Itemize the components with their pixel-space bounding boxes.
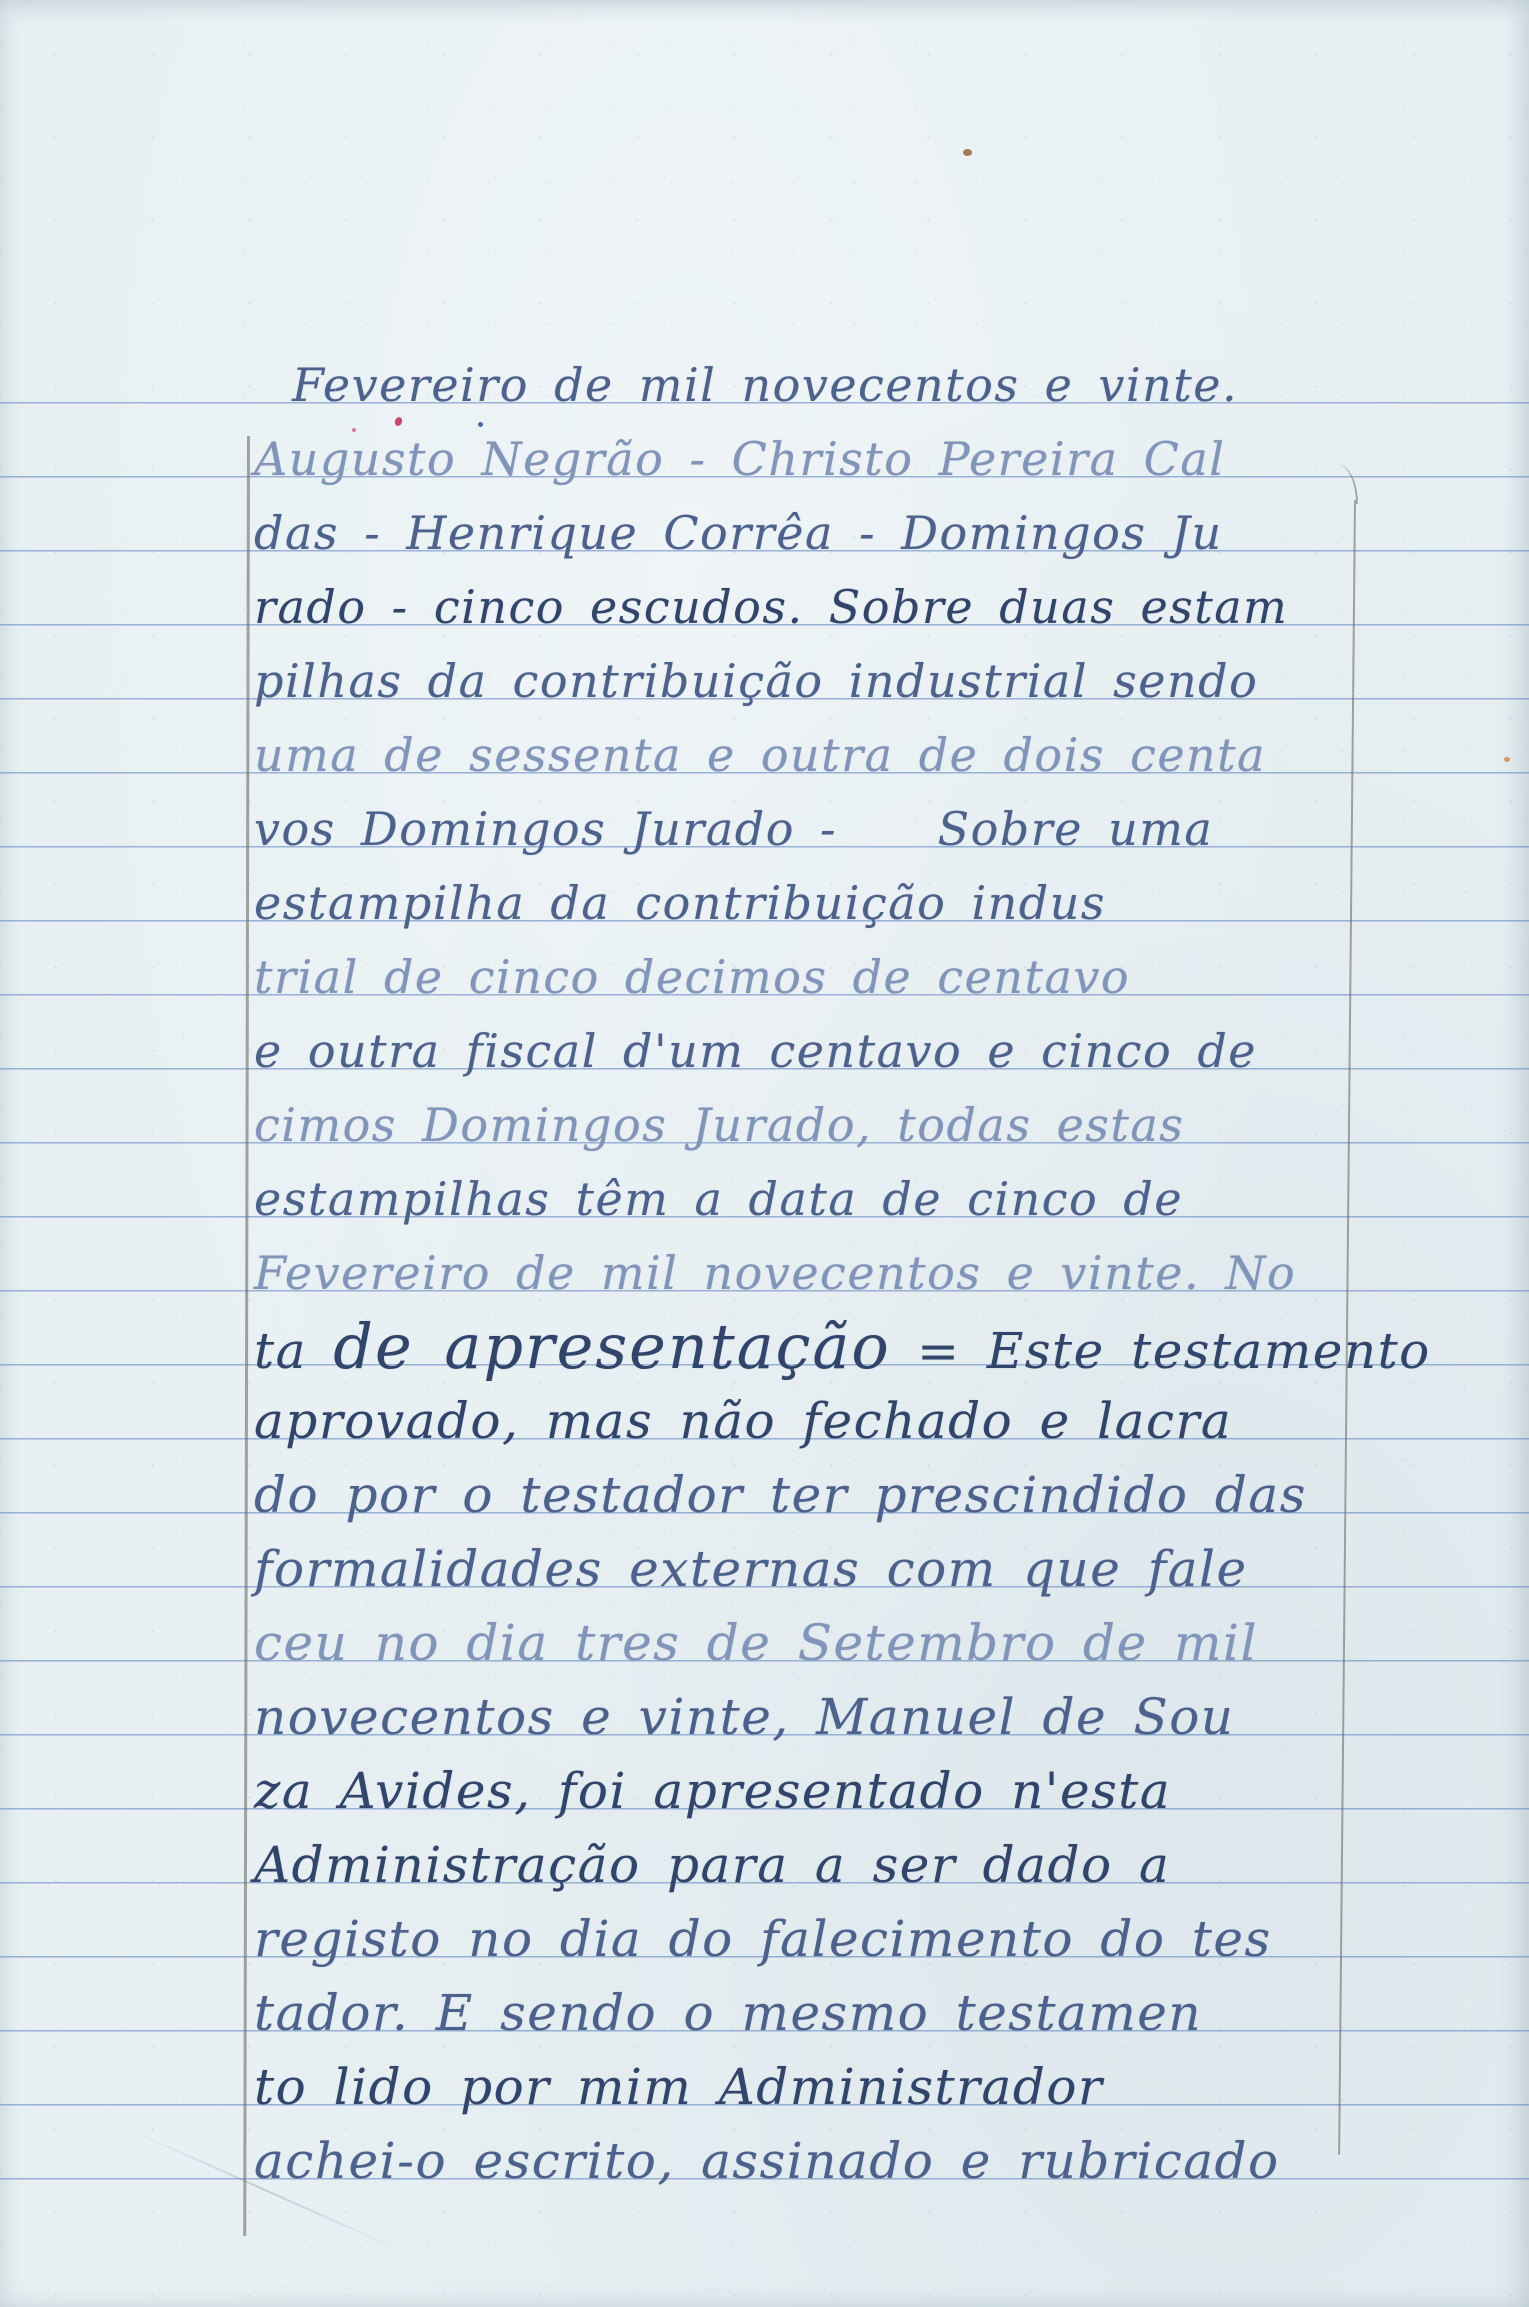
manuscript-line: das - Henrique Corrêa - Domingos Ju <box>254 496 1499 570</box>
manuscript-line: za Avides, foi apresentado n'esta <box>254 1754 1499 1828</box>
manuscript-line: trial de cinco decimos de centavo <box>254 940 1499 1014</box>
manuscript-line: novecentos e vinte, Manuel de Sou <box>254 1680 1499 1754</box>
manuscript-line: aprovado, mas não fechado e lacra <box>254 1384 1499 1458</box>
manuscript-line: achei-o escrito, assinado e rubricado <box>254 2124 1499 2198</box>
manuscript-line: registo no dia do falecimento do tes <box>254 1902 1499 1976</box>
paper-speck <box>963 149 972 156</box>
manuscript-line-presentation-note: ta de apresentação = Este testamento <box>254 1310 1499 1384</box>
left-margin-pencil-line <box>243 436 249 2236</box>
manuscript-line: Augusto Negrão - Christo Pereira Cal <box>254 422 1499 496</box>
paper-speck <box>1504 757 1510 762</box>
manuscript-line: e outra fiscal d'um centavo e cinco de <box>254 1014 1499 1088</box>
manuscript-line: Fevereiro de mil novecentos e vinte. No <box>254 1236 1499 1310</box>
manuscript-line: cimos Domingos Jurado, todas estas <box>254 1088 1499 1162</box>
manuscript-line: ceu no dia tres de Setembro de mil <box>254 1606 1499 1680</box>
manuscript-line: vos Domingos Jurado - Sobre uma <box>254 792 1499 866</box>
line-segment: = Este testamento <box>891 1322 1431 1380</box>
line-segment: ta <box>254 1322 333 1380</box>
handwritten-text-block: Fevereiro de mil novecentos e vinte. Aug… <box>254 348 1499 2198</box>
manuscript-line: tador. E sendo o mesmo testamen <box>254 1976 1499 2050</box>
manuscript-line: estampilha da contribuição indus <box>254 866 1499 940</box>
manuscript-line: formalidades externas com que fale <box>254 1532 1499 1606</box>
presentation-note-emphasis: de apresentação <box>333 1310 890 1383</box>
manuscript-line: Fevereiro de mil novecentos e vinte. <box>254 348 1499 422</box>
manuscript-line: Administração para a ser dado a <box>254 1828 1499 1902</box>
manuscript-line: estampilhas têm a data de cinco de <box>254 1162 1499 1236</box>
manuscript-page: Fevereiro de mil novecentos e vinte. Aug… <box>0 0 1529 2307</box>
manuscript-line: do por o testador ter prescindido das <box>254 1458 1499 1532</box>
manuscript-line: to lido por mim Administrador <box>254 2050 1499 2124</box>
manuscript-line: uma de sessenta e outra de dois centa <box>254 718 1499 792</box>
manuscript-line: rado - cinco escudos. Sobre duas estam <box>254 570 1499 644</box>
manuscript-line: pilhas da contribuição industrial sendo <box>254 644 1499 718</box>
